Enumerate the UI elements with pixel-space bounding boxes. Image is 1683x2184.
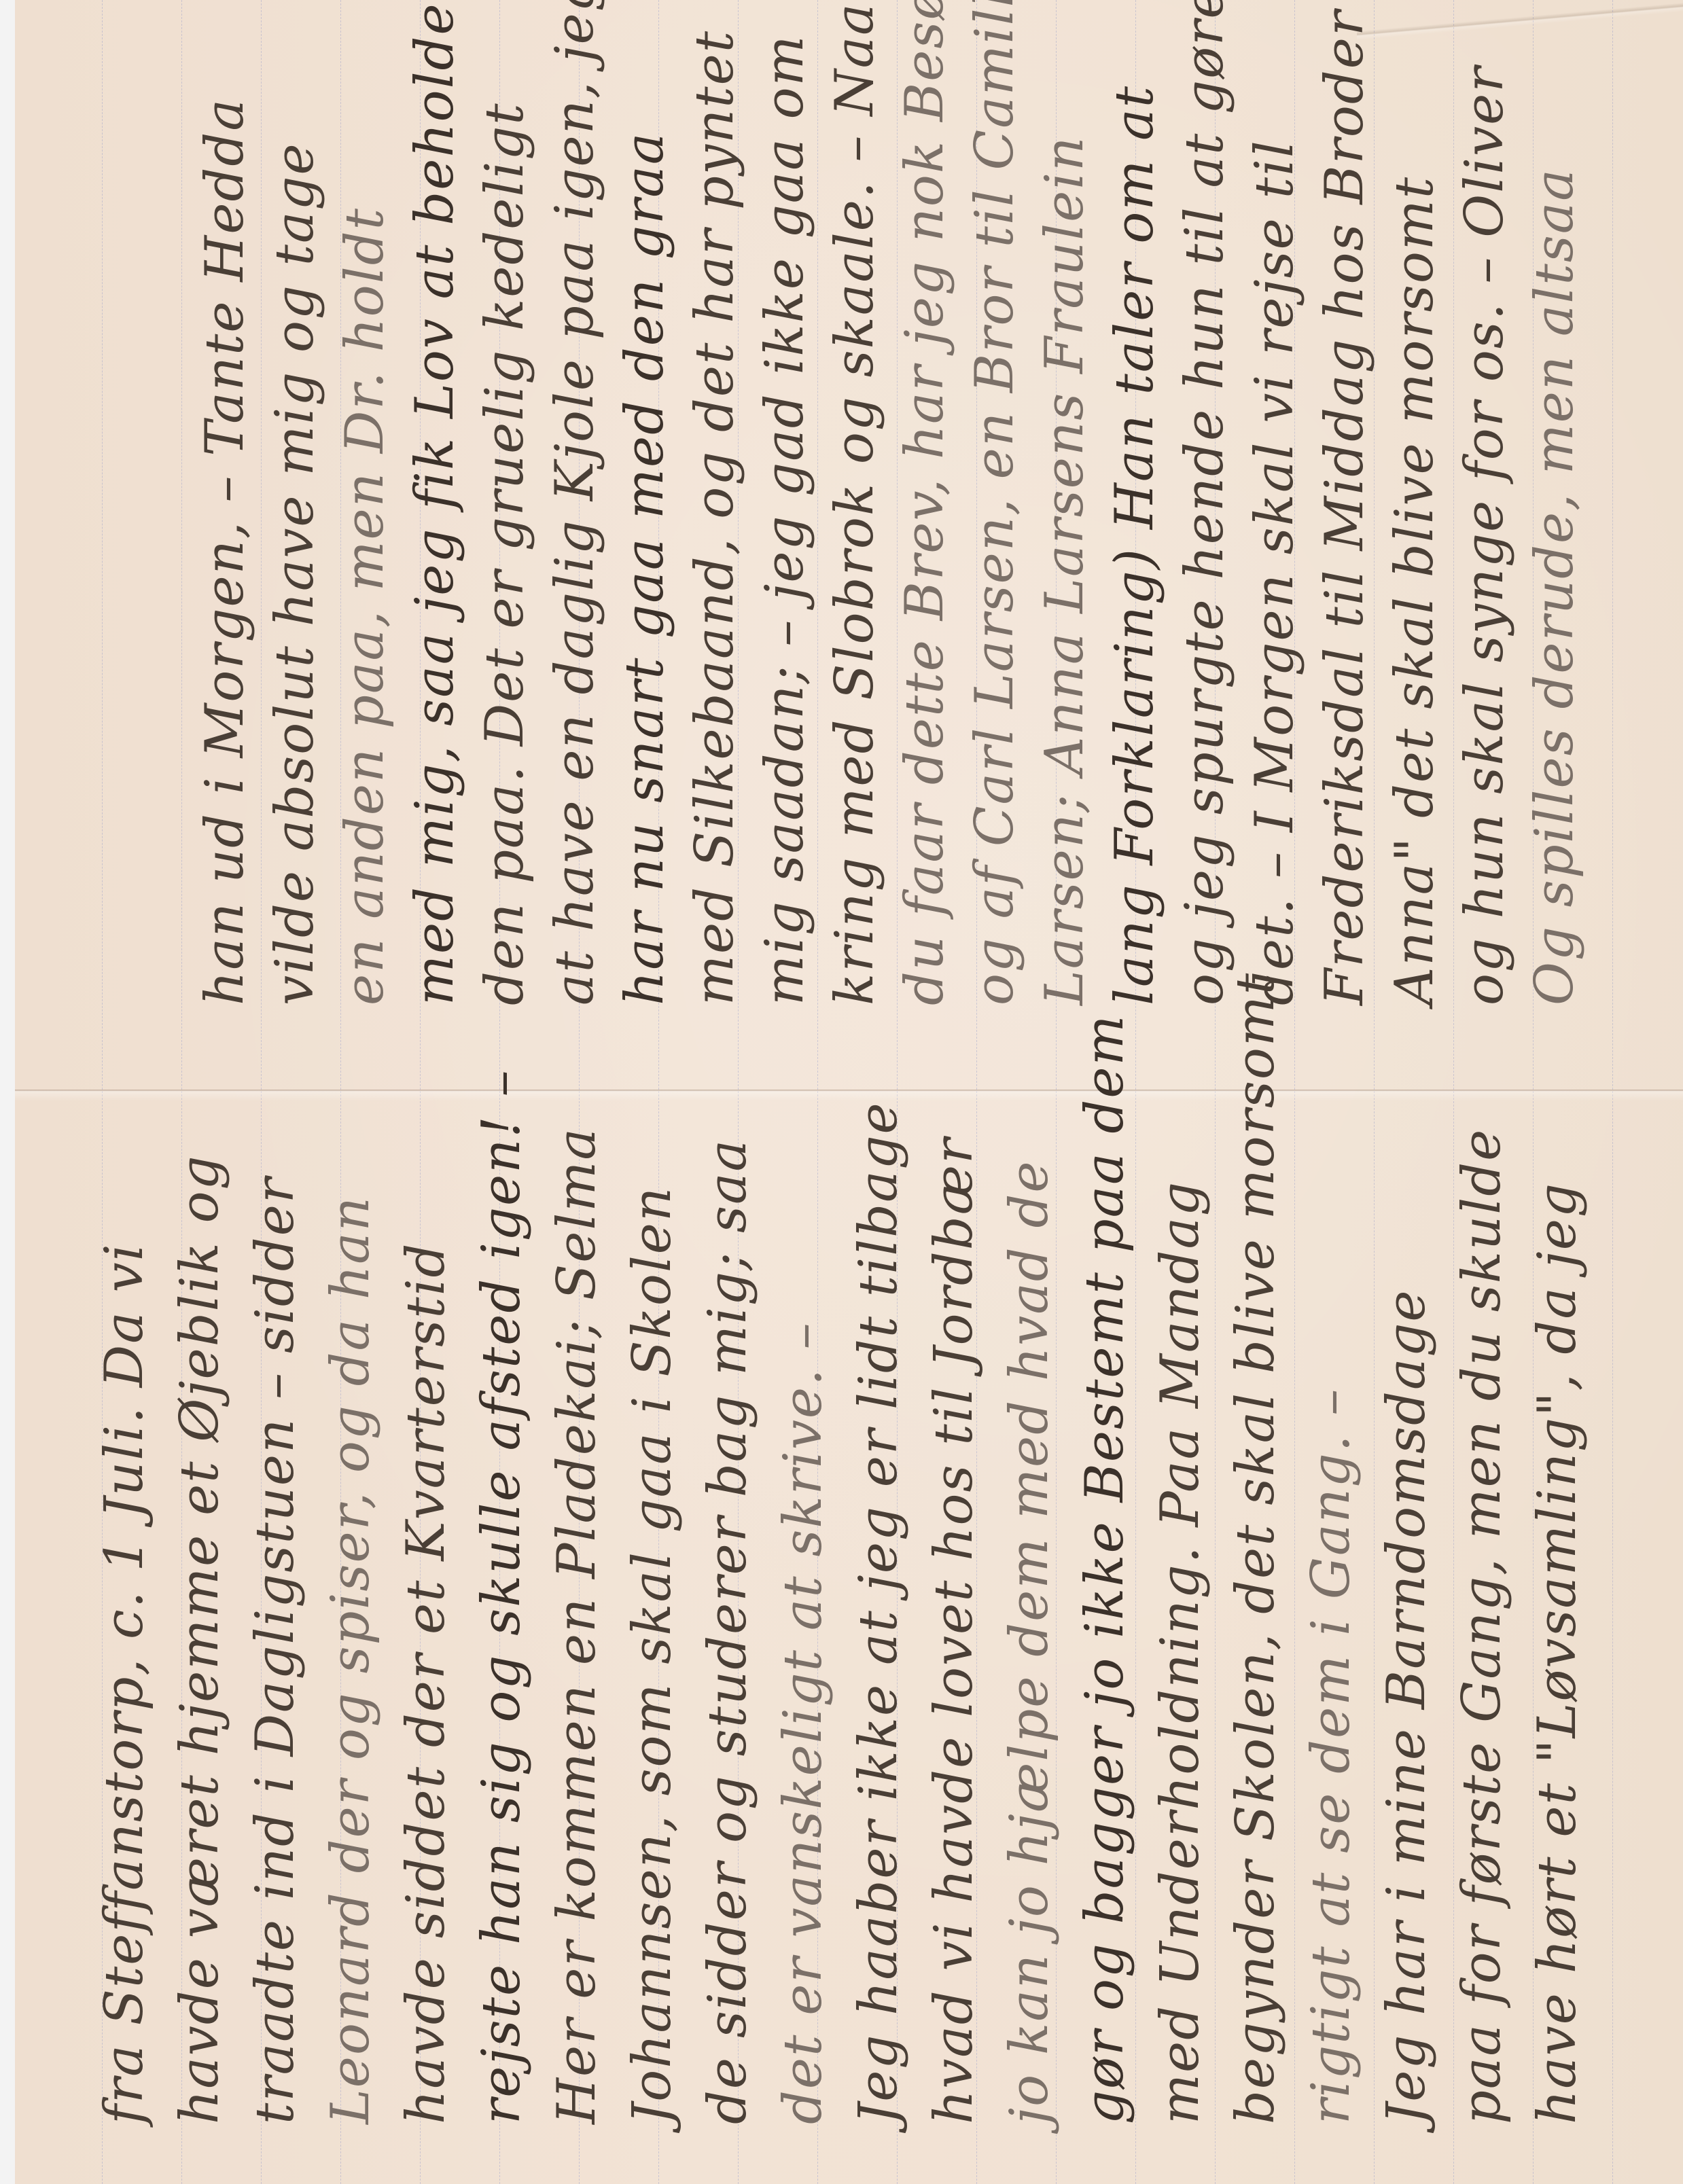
handwritten-line: Anna" det skal blive morsomt	[1388, 176, 1441, 1005]
handwritten-line: rejste han sig og skulle afsted igen! –	[475, 1069, 528, 2124]
handwritten-line: han ud i Morgen, – Tante Hedda	[198, 98, 251, 1005]
handwritten-line: Jeg har i mine Barndomsdage	[1380, 1289, 1433, 2124]
handwritten-line: traadte ind i Dagligstuen – sidder	[249, 1177, 302, 2124]
handwritten-line: mig saadan; – jeg gad ikke gaa om	[758, 34, 811, 1005]
handwritten-line: de sidder og studerer bag mig; saa	[701, 1139, 754, 2124]
handwritten-line: fra Steffanstorp, c. 1 Juli. Da vi	[98, 1242, 151, 2124]
handwritten-line: have hørt et "Løvsamling", da jeg	[1531, 1182, 1584, 2124]
handwritten-line: Leonard der og spiser, og da han	[324, 1196, 377, 2124]
handwritten-line: det er vanskeligt at skrive. –	[777, 1321, 830, 2124]
handwritten-line: den paa. Det er gruelig kedeligt	[478, 102, 531, 1005]
handwritten-line: Jeg haaber ikke at jeg er lidt tilbage	[852, 1101, 905, 2124]
letter-page-first: fra Steffanstorp, c. 1 Juli. Da vihavde …	[15, 1092, 1683, 2184]
handwritten-line: og hun skal synge for os. – Oliver	[1458, 65, 1511, 1005]
handwritten-line: har nu snart gaa med den graa	[618, 132, 671, 1005]
handwritten-line: havde været hjemme et Øjeblik og	[173, 1155, 226, 2124]
handwritten-line: Her er kommen en Pladekai; Selma	[550, 1127, 603, 2124]
handwritten-line: jo kan jo hjælpe dem med hvad de	[1003, 1160, 1056, 2124]
handwritten-line: kring med Slobrok og skaale. – Naar	[828, 0, 881, 1005]
handwritten-line: og jeg spurgte hende hun til at gøre	[1178, 0, 1231, 1005]
handwritten-line: lang Forklaring) Han taler om at	[1108, 85, 1161, 1005]
handwritten-line: Frederiksdal til Middag hos Broder	[1318, 10, 1371, 1005]
handwritten-line: med Underholdning. Paa Mandag	[1154, 1181, 1207, 2124]
handwritten-line: med Silkebaand, og det har pyntet	[688, 30, 741, 1005]
handwritten-line: Johannsen, som skal gaa i Skolen	[626, 1186, 679, 2124]
handwritten-line: Larsen; Anna Larsens Fraulein	[1038, 136, 1091, 1005]
handwritten-line: med mig, saa jeg fik Lov at beholde	[408, 2, 461, 1005]
handwritten-line: paa for første Gang, men du skulde	[1455, 1128, 1508, 2124]
handwritten-line: og af Carl Larsen, en Bror til Camilla	[968, 0, 1021, 1005]
handwritten-line: vilde absolut have mig og tage	[268, 142, 321, 1005]
handwritten-line: rigtigt at se dem i Gang. –	[1305, 1388, 1358, 2124]
handwritten-line: at have en daglig Kjole paa igen, jeg	[548, 0, 601, 1005]
letter-page-second: han ud i Morgen, – Tante Heddavilde abso…	[15, 0, 1683, 1090]
handwritten-line: du faar dette Brev, har jeg nok Besøg	[898, 0, 951, 1005]
handwritten-line: en anden paa, men Dr. holdt	[338, 207, 391, 1005]
letter-sheet: han ud i Morgen, – Tante Heddavilde abso…	[15, 0, 1683, 2184]
handwritten-line: gør og bagger jo ikke Bestemt paa dem	[1078, 1014, 1131, 2124]
handwritten-line: det. – I Morgen skal vi rejse til	[1248, 139, 1301, 1005]
handwritten-line: begynder Skolen, det skal blive morsomt	[1229, 972, 1282, 2124]
handwritten-line: havde siddet der et Kvarterstid	[400, 1242, 453, 2124]
handwritten-line: Og spilles derude, men altsaa	[1528, 168, 1581, 1005]
handwritten-line: hvad vi havde lovet hos til Jordbær	[927, 1137, 980, 2124]
